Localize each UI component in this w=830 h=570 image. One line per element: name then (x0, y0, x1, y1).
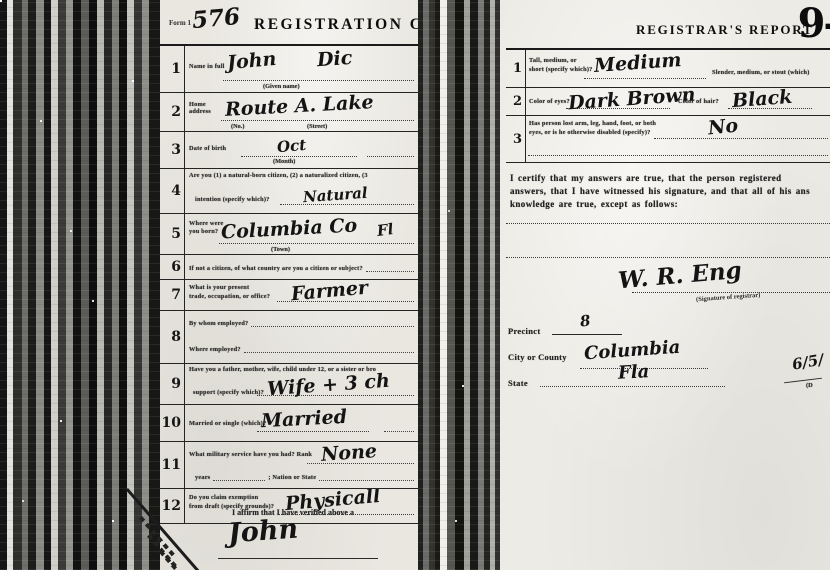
field-sublabel: (Given name) (263, 83, 300, 90)
blank-line (244, 345, 414, 353)
row-number: 12 (160, 489, 185, 523)
blank-line (319, 473, 414, 481)
row-number: 7 (160, 280, 185, 310)
field-label: support (specify which)? (193, 389, 264, 396)
field-label: Name in full (189, 63, 225, 70)
registrant-signature: John (227, 514, 299, 550)
handwritten-hair-color: Black (731, 88, 793, 112)
row-number: 6 (160, 255, 185, 279)
blank-line (213, 473, 265, 481)
handwritten-address: Route A. Lake (225, 93, 375, 121)
field-label: intention (specify which)? (195, 196, 269, 203)
report-header: REGISTRAR'S REPORT 9- (500, 0, 830, 48)
row-build: 1 Tall, medium, or short (specify which)… (506, 50, 830, 88)
certification-text: I certify that my answers are true, that… (510, 172, 830, 210)
field-label: Where employed? (189, 346, 241, 353)
field-label: Has person lost arm, leg, hand, foot, or… (529, 120, 656, 127)
field-label: Color of hair? (678, 98, 719, 105)
signature-caption: (Signature of registrar) (696, 292, 761, 303)
row-number: 3 (506, 116, 526, 162)
report-date: 6/5/ (791, 350, 825, 373)
registration-card-header: Form 1 576 REGISTRATION C (160, 0, 418, 46)
field-sublabel: (Town) (271, 246, 290, 253)
handwritten-birth-month: Oct (276, 136, 307, 156)
row-number: 9 (160, 364, 185, 404)
row-occupation: 7 What is your present trade, occupation… (160, 280, 418, 311)
report-page-number: 9- (798, 0, 830, 47)
field-label: short (specify which)? (529, 66, 593, 73)
row-date-of-birth: 3 Date of birth Oct (Month) (160, 132, 418, 169)
field-label: Date of birth (189, 145, 226, 152)
handwritten-birth-state: Fl (376, 220, 394, 240)
blank-line (506, 257, 830, 258)
report-title: REGISTRAR'S REPORT (636, 22, 814, 38)
blank-line (506, 223, 830, 224)
row-eyes-hair: 2 Color of eyes? Dark Brown Color of hai… (506, 88, 830, 116)
row-military-service: 11 What military service have you had? R… (160, 442, 418, 489)
precinct-label: Precinct (508, 326, 540, 336)
baseline (584, 78, 706, 79)
field-label: What military service have you had? Rank (189, 451, 312, 458)
row-dependents: 9 Have you a father, mother, wife, child… (160, 364, 418, 405)
precinct-value: 8 (579, 311, 592, 330)
field-label: you born? (189, 228, 218, 235)
film-strip-middle (418, 0, 500, 570)
registrar-report-card: REGISTRAR'S REPORT 9- 1 Tall, medium, or… (500, 0, 830, 570)
handwritten-surname: Dic (316, 47, 353, 71)
certification-line: I certify that my answers are true, that… (510, 172, 830, 185)
state-value: Fla (617, 361, 649, 384)
scanned-draft-registration-document: Form 1 576 REGISTRATION C 1 Name in full… (0, 0, 830, 570)
form-number-handwritten: 576 (191, 3, 241, 34)
blank-line (366, 264, 414, 272)
state-label: State (508, 378, 528, 388)
field-sublabel: (No.) (231, 123, 244, 130)
baseline (223, 80, 414, 81)
row-number: 1 (506, 50, 526, 87)
field-label: ; Nation or State (268, 474, 316, 481)
row-marital-status: 10 Married or single (which)? Married (160, 405, 418, 442)
field-label: Married or single (which)? (189, 420, 266, 427)
handwritten-military-service: None (320, 442, 377, 466)
field-label: years (195, 474, 210, 481)
baseline (654, 138, 828, 139)
row-number: 3 (160, 132, 185, 168)
handwritten-height: Medium (593, 50, 682, 77)
row-employer: 8 By whom employed? Where employed? (160, 311, 418, 364)
handwritten-birthplace: Columbia Co (221, 214, 358, 243)
field-label: If not a citizen, of what country are yo… (189, 265, 363, 272)
row-number: 2 (506, 88, 526, 115)
row-number: 8 (160, 311, 185, 363)
registration-title: REGISTRATION C (254, 16, 418, 34)
film-dust-specks (0, 0, 2, 2)
row-number: 10 (160, 405, 185, 441)
handwritten-first-name: John (226, 48, 277, 74)
field-label: What is your present (189, 284, 249, 291)
row-number: 1 (160, 46, 185, 92)
row-home-address: 2 Home address Route A. Lake (No.) (Stre… (160, 93, 418, 132)
baseline (219, 243, 414, 244)
baseline (241, 156, 357, 157)
registration-card: Form 1 576 REGISTRATION C 1 Name in full… (160, 0, 418, 570)
field-sublabel: (Street) (307, 123, 327, 130)
city-county-label: City or County (508, 352, 567, 362)
handwritten-disability: No (707, 116, 739, 140)
date-line (784, 378, 822, 384)
blank-line (528, 155, 828, 156)
baseline (221, 120, 414, 121)
row-number: 2 (160, 93, 185, 131)
film-strip-left (0, 0, 160, 570)
state-line (540, 386, 725, 387)
certification-line: answers, that I have witnessed his signa… (510, 185, 830, 198)
form-label: Form 1 (169, 19, 191, 27)
field-label: Are you (1) a natural-born citizen, (2) … (189, 172, 368, 179)
field-label: Color of eyes? (529, 98, 570, 105)
row-number: 4 (160, 169, 185, 213)
field-label: Slender, medium, or stout (which) (712, 69, 810, 76)
handwritten-citizenship: Natural (302, 184, 368, 206)
registrar-signature: W. R. Eng (617, 257, 743, 295)
field-label: By whom employed? (189, 320, 248, 327)
city-county-value: Columbia (583, 337, 681, 365)
field-label: Where were (189, 220, 223, 227)
row-birthplace: 5 Where were you born? Columbia Co Fl (T… (160, 214, 418, 255)
field-label: eyes, or is he otherwise disabled (speci… (529, 129, 651, 136)
row-number: 5 (160, 214, 185, 254)
certification-line: knowledge are true, except as follows: (510, 198, 830, 211)
blank-line (384, 424, 414, 432)
date-caption: (D (806, 382, 813, 389)
precinct-line (552, 334, 622, 335)
baseline (280, 204, 414, 205)
signature-line (218, 558, 378, 559)
baseline (367, 156, 414, 157)
handwritten-eye-color: Dark Brown (567, 88, 696, 114)
row-foreign-citizen: 6 If not a citizen, of what country are … (160, 255, 418, 280)
field-label: Do you claim exemption (189, 494, 258, 501)
report-box: 1 Tall, medium, or short (specify which)… (506, 48, 830, 163)
row-number: 11 (160, 442, 185, 488)
blank-line (251, 319, 414, 327)
row-disability: 3 Has person lost arm, leg, hand, foot, … (506, 116, 830, 163)
field-sublabel: (Month) (273, 158, 295, 165)
handwritten-marital-status: Married (260, 406, 347, 432)
row-name: 1 Name in full John Dic (Given name) (160, 46, 418, 93)
field-label: Tall, medium, or (529, 57, 577, 64)
row-citizenship: 4 Are you (1) a natural-born citizen, (2… (160, 169, 418, 214)
field-label: Home address (189, 101, 223, 115)
field-label: trade, occupation, or office? (189, 293, 270, 300)
